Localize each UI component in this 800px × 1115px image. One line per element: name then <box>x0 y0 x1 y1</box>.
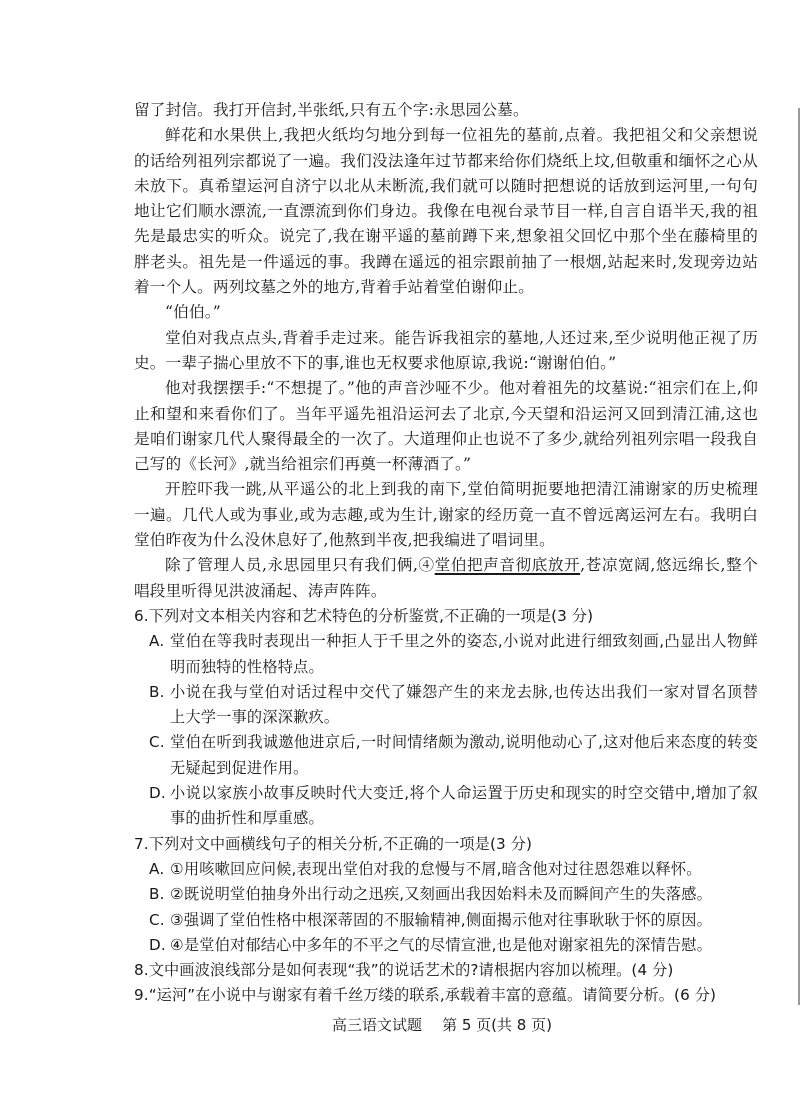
question-stem: 7.下列对文中画横线句子的相关分析,不正确的一项是(3 分) <box>134 832 758 857</box>
question-stem: 6.下列对文本相关内容和艺术特色的分析鉴赏,不正确的一项是(3 分) <box>134 604 758 629</box>
question-8: 8.文中画波浪线部分是如何表现“我”的说话艺术的?请根据内容加以梳理。(4 分) <box>134 958 758 983</box>
question-stem: 9.“运河”在小说中与谢家有着千丝万缕的联系,承载着丰富的意蕴。请简要分析。(6… <box>134 983 758 1008</box>
option-letter: A. <box>149 629 164 654</box>
question-text: 下列对文本相关内容和艺术特色的分析鉴赏,不正确的一项是(3 分) <box>149 607 593 625</box>
option-text: ②既说明堂伯抽身外出行动之迅疾,又刻画出我因始料未及而瞬间产生的失落感。 <box>170 885 712 903</box>
passage-paragraph: “伯伯。” <box>134 300 758 325</box>
page-footer: 高三语文试题第 5 页(共 8 页) <box>0 1013 800 1037</box>
passage-paragraph-underlined: 除了管理人员,永思园里只有我们俩,④堂伯把声音彻底放开,苍凉宽阔,悠远绵长,整个… <box>134 553 758 604</box>
question-7: 7.下列对文中画横线句子的相关分析,不正确的一项是(3 分) A.①用咳嗽回应问… <box>134 832 758 958</box>
option-text: 小说在我与堂伯对话过程中交代了嫌怨产生的来龙去脉,也传达出我们一家对冒名顶替上大… <box>170 683 758 726</box>
option-c: C.③强调了堂伯性格中根深蒂固的不服输精神,侧面揭示他对往事耿耿于怀的原因。 <box>134 908 758 933</box>
option-text: ④是堂伯对郁结心中多年的不平之气的尽情宣泄,也是他对谢家祖先的深情告慰。 <box>170 936 712 954</box>
exam-title: 高三语文试题 <box>332 1016 422 1034</box>
option-letter: D. <box>149 781 166 806</box>
question-number: 6. <box>134 607 149 625</box>
option-letter: C. <box>149 730 165 755</box>
option-letter: C. <box>149 908 165 933</box>
option-b: B.小说在我与堂伯对话过程中交代了嫌怨产生的来龙去脉,也传达出我们一家对冒名顶替… <box>134 680 758 731</box>
option-letter: B. <box>149 680 165 705</box>
option-list: A.①用咳嗽回应问候,表现出堂伯对我的怠慢与不屑,暗含他对过往恩怨难以释怀。 B… <box>134 857 758 958</box>
question-number: 9. <box>134 986 149 1004</box>
option-d: D.④是堂伯对郁结心中多年的不平之气的尽情宣泄,也是他对谢家祖先的深情告慰。 <box>134 933 758 958</box>
option-b: B.②既说明堂伯抽身外出行动之迅疾,又刻画出我因始料未及而瞬间产生的失落感。 <box>134 882 758 907</box>
passage-paragraph: 鲜花和水果供上,我把火纸均匀地分到每一位祖先的墓前,点着。我把祖父和父亲想说的话… <box>134 123 758 300</box>
option-d: D.小说以家族小故事反映时代大变迁,将个人命运置于历史和现实的时空交错中,增加了… <box>134 781 758 832</box>
passage-paragraph: 开腔吓我一跳,从平遥公的北上到我的南下,堂伯简明扼要地把清江浦谢家的历史梳理一遍… <box>134 477 758 553</box>
reading-passage: 留了封信。我打开信封,半张纸,只有五个字:永思园公墓。 鲜花和水果供上,我把火纸… <box>134 98 758 604</box>
option-text: ①用咳嗽回应问候,表现出堂伯对我的怠慢与不屑,暗含他对过往恩怨难以释怀。 <box>170 860 702 878</box>
option-list: A.堂伯在等我时表现出一种拒人于千里之外的姿态,小说对此进行细致刻画,凸显出人物… <box>134 629 758 831</box>
page-content: 留了封信。我打开信封,半张纸,只有五个字:永思园公墓。 鲜花和水果供上,我把火纸… <box>134 98 758 1009</box>
question-text: “运河”在小说中与谢家有着千丝万缕的联系,承载着丰富的意蕴。请简要分析。(6 分… <box>149 986 716 1004</box>
question-text: 下列对文中画横线句子的相关分析,不正确的一项是(3 分) <box>149 835 532 853</box>
underlined-sentence-4: 堂伯把声音彻底放开 <box>435 556 580 574</box>
option-a: A.①用咳嗽回应问候,表现出堂伯对我的怠慢与不屑,暗含他对过往恩怨难以释怀。 <box>134 857 758 882</box>
question-number: 8. <box>134 961 149 979</box>
passage-paragraph: 留了封信。我打开信封,半张纸,只有五个字:永思园公墓。 <box>134 98 758 123</box>
option-a: A.堂伯在等我时表现出一种拒人于千里之外的姿态,小说对此进行细致刻画,凸显出人物… <box>134 629 758 680</box>
question-stem: 8.文中画波浪线部分是如何表现“我”的说话艺术的?请根据内容加以梳理。(4 分) <box>134 958 758 983</box>
option-letter: D. <box>149 933 166 958</box>
page-number: 第 5 页(共 8 页) <box>442 1016 552 1034</box>
question-9: 9.“运河”在小说中与谢家有着千丝万缕的联系,承载着丰富的意蕴。请简要分析。(6… <box>134 983 758 1008</box>
passage-text: 除了管理人员,永思园里只有我们俩,④ <box>165 556 435 574</box>
question-6: 6.下列对文本相关内容和艺术特色的分析鉴赏,不正确的一项是(3 分) A.堂伯在… <box>134 604 758 832</box>
option-text: 堂伯在等我时表现出一种拒人于千里之外的姿态,小说对此进行细致刻画,凸显出人物鲜明… <box>170 632 758 675</box>
question-text: 文中画波浪线部分是如何表现“我”的说话艺术的?请根据内容加以梳理。(4 分) <box>149 961 674 979</box>
passage-paragraph: 堂伯对我点点头,背着手走过来。能告诉我祖宗的墓地,人还过来,至少说明他正视了历史… <box>134 326 758 377</box>
option-text: 堂伯在听到我诚邀他进京后,一时间情绪颇为激动,说明他动心了,这对他后来态度的转变… <box>170 733 758 776</box>
passage-paragraph: 他对我摆摆手:“不想提了。”他的声音沙哑不少。他对着祖先的坟墓说:“祖宗们在上,… <box>134 376 758 477</box>
option-letter: A. <box>149 857 164 882</box>
exam-page: 留了封信。我打开信封,半张纸,只有五个字:永思园公墓。 鲜花和水果供上,我把火纸… <box>0 0 800 1115</box>
option-c: C.堂伯在听到我诚邀他进京后,一时间情绪颇为激动,说明他动心了,这对他后来态度的… <box>134 730 758 781</box>
question-number: 7. <box>134 835 149 853</box>
option-text: ③强调了堂伯性格中根深蒂固的不服输精神,侧面揭示他对往事耿耿于怀的原因。 <box>170 911 712 929</box>
option-text: 小说以家族小故事反映时代大变迁,将个人命运置于历史和现实的时空交错中,增加了叙事… <box>170 784 758 827</box>
option-letter: B. <box>149 882 165 907</box>
